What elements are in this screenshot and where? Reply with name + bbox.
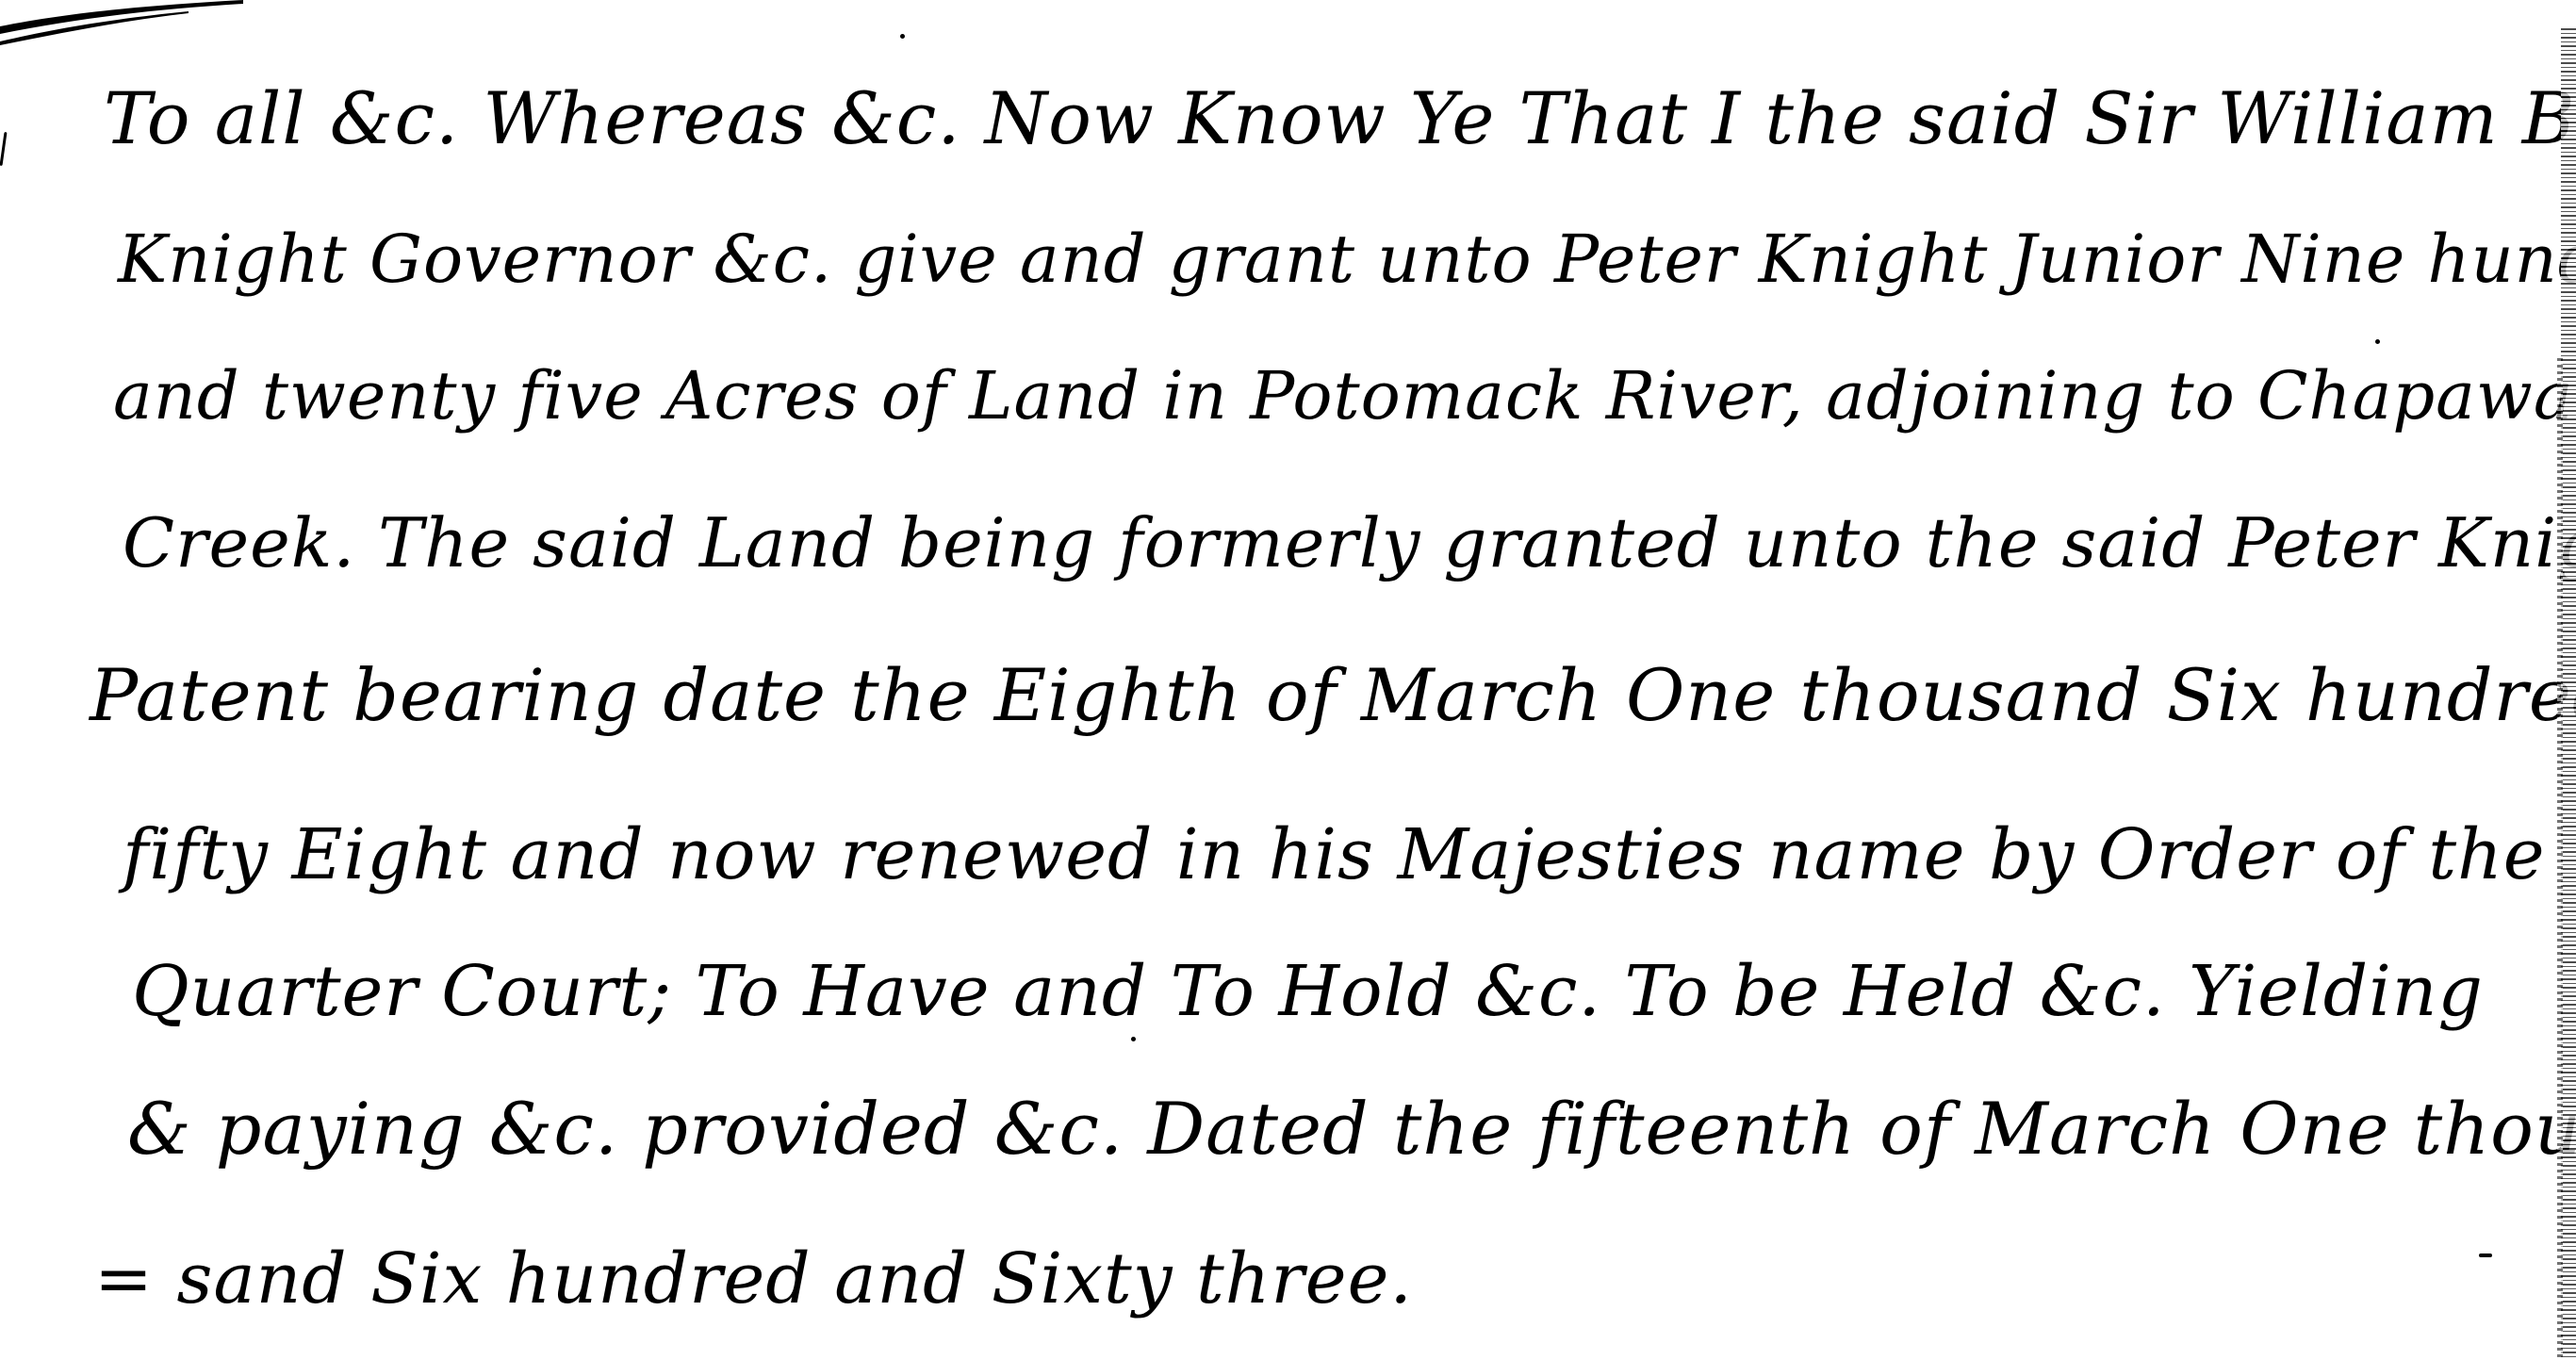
margin-mark xyxy=(0,132,7,166)
ink-speck xyxy=(1131,1037,1136,1041)
document-line-2: Knight Governor &c. give and grant unto … xyxy=(118,226,2576,292)
document-line-7: Quarter Court; To Have and To Hold &c. T… xyxy=(132,957,2484,1026)
document-line-4: Creek. The said Land being formerly gran… xyxy=(123,509,2576,577)
ink-speck xyxy=(2375,339,2380,344)
document-line-1: To all &c. Whereas &c. Now Know Ye That … xyxy=(104,83,2576,155)
page-binding-edge xyxy=(2561,28,2576,1360)
document-line-6: fifty Eight and now renewed in his Majes… xyxy=(123,820,2546,890)
pen-flourish-mark xyxy=(0,0,245,47)
document-line-9: = sand Six hundred and Sixty three. xyxy=(94,1244,1413,1314)
page-binding-shadow xyxy=(2557,358,2563,1357)
ink-speck xyxy=(2479,1253,2492,1257)
scanned-document-page: To all &c. Whereas &c. Now Know Ye That … xyxy=(0,0,2576,1360)
document-line-8: & paying &c. provided &c. Dated the fift… xyxy=(127,1093,2576,1165)
document-line-3: and twenty five Acres of Land in Potomac… xyxy=(113,363,2576,429)
document-line-5: Patent bearing date the Eighth of March … xyxy=(90,660,2576,731)
ink-speck xyxy=(900,34,905,39)
